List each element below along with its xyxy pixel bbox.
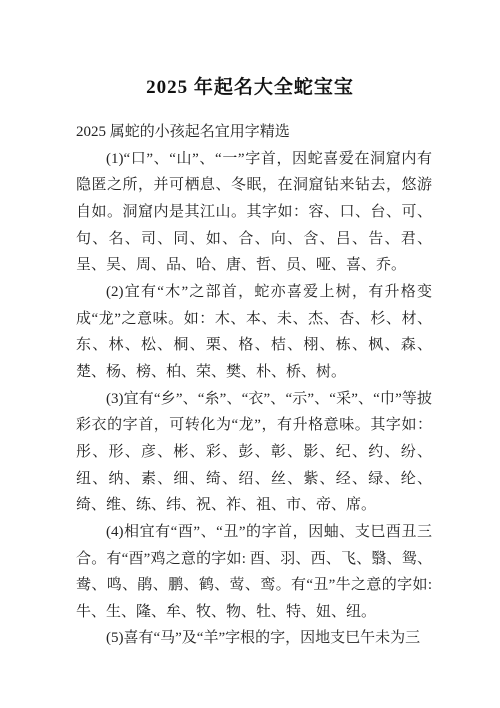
paragraph-3: (3)宜有“乡”、“糸”、“衣”、“示”、“采”、“巾”等披彩衣的字首，可转化为… <box>76 386 432 519</box>
paragraph-5: (5)喜有“马”及“羊”字根的字，因地支巳午未为三 <box>76 625 432 652</box>
document-title: 2025 年起名大全蛇宝宝 <box>0 72 500 99</box>
document-subtitle: 2025 属蛇的小孩起名宜用字精选 <box>76 119 432 146</box>
document-body: 2025 属蛇的小孩起名宜用字精选 (1)“口”、“山”、“一”字首，因蛇喜爱在… <box>76 119 432 652</box>
paragraph-1: (1)“口”、“山”、“一”字首，因蛇喜爱在洞窟内有隐匿之所，并可栖息、冬眠，在… <box>76 146 432 279</box>
paragraph-2: (2)宜有“木”之部首，蛇亦喜爱上树，有升格变成“龙”之意味。如：木、本、未、杰… <box>76 279 432 386</box>
paragraph-4: (4)相宜有“酉”、“丑”的字首，因蚰、支巳酉丑三合。有“酉”鸡之意的字如: 酉… <box>76 519 432 626</box>
document-page: 2025 年起名大全蛇宝宝 2025 属蛇的小孩起名宜用字精选 (1)“口”、“… <box>0 0 500 708</box>
